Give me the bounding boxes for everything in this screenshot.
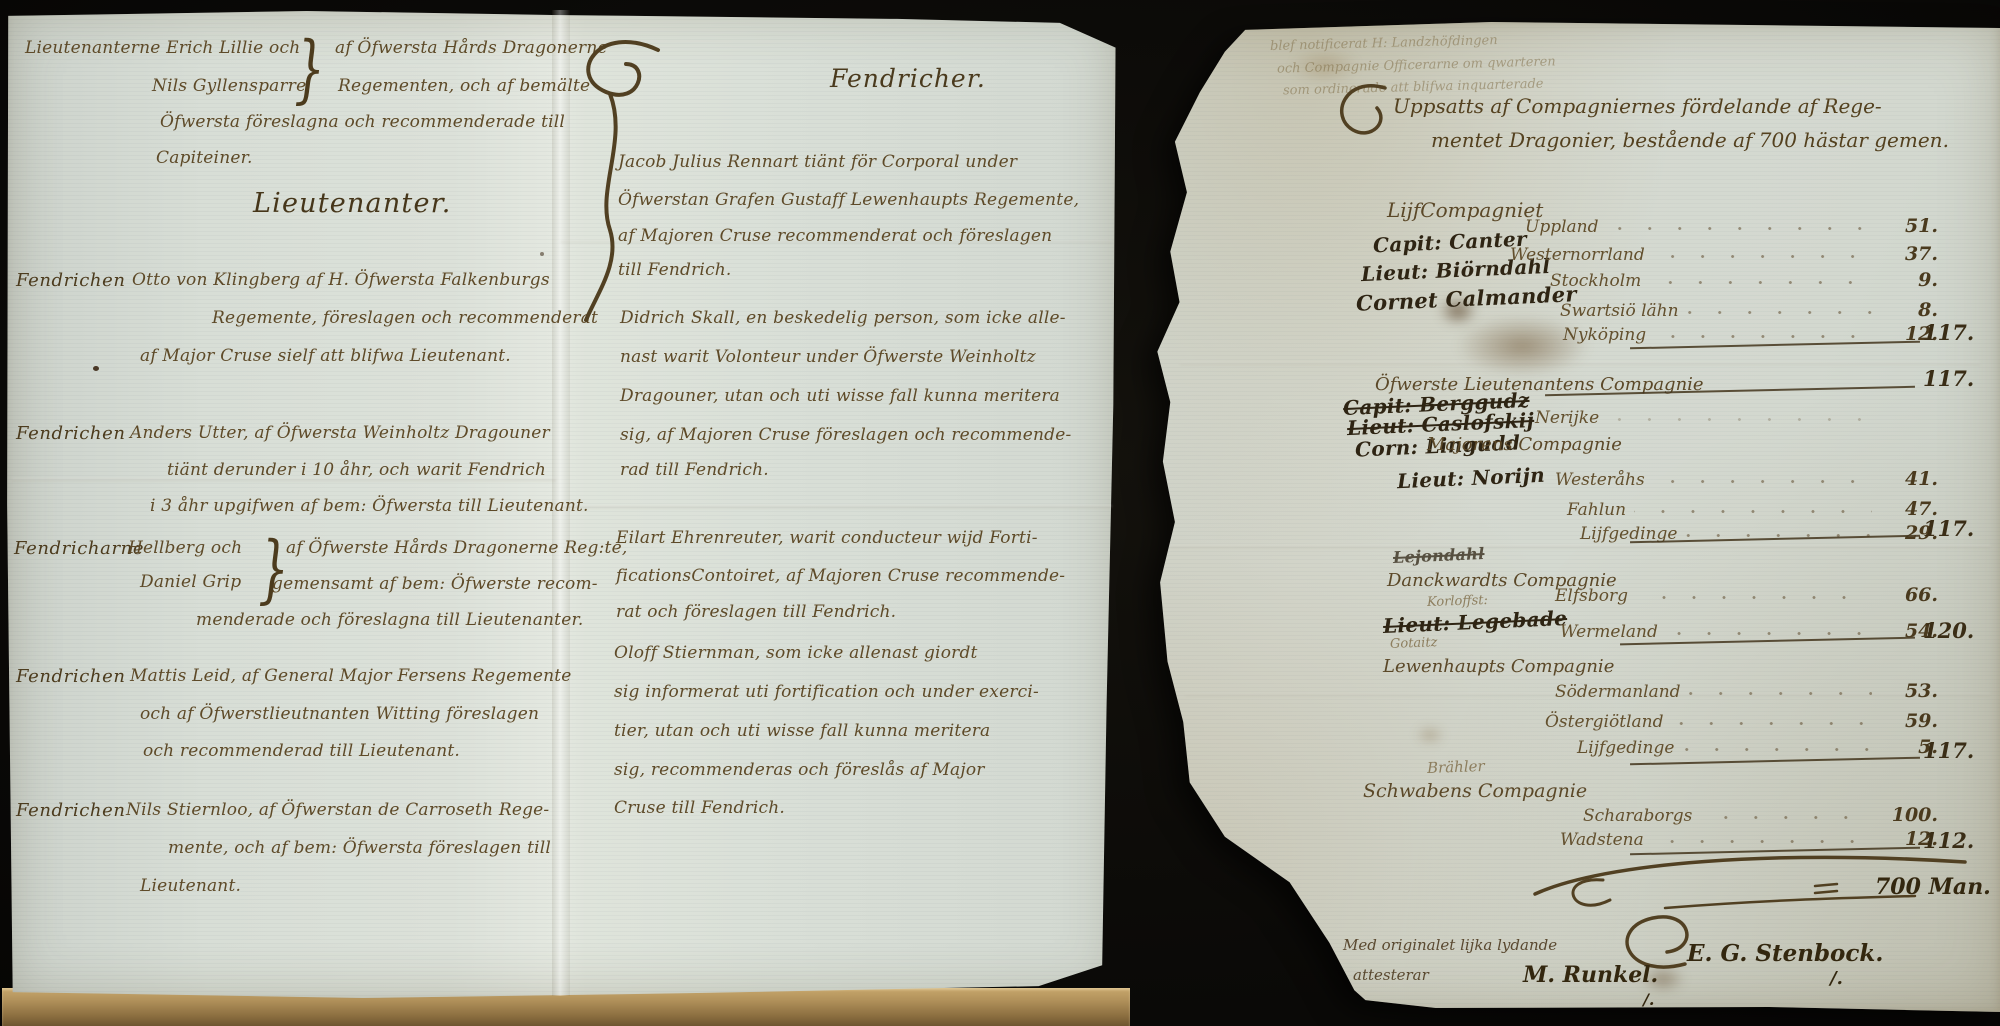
para-line: sig informerat uti fortification och und… bbox=[614, 682, 1039, 702]
dot-leader bbox=[1636, 593, 1872, 602]
subtotal-number: 117. bbox=[1923, 738, 1974, 763]
table-row: Nerijke bbox=[1505, 408, 1938, 428]
signature-stenbock: E. G. Stenbock. bbox=[1687, 940, 1883, 967]
dot-leader bbox=[1687, 308, 1872, 317]
table-row: Östergiötland59. bbox=[1505, 710, 1938, 732]
para-line: Cruse till Fendrich. bbox=[614, 798, 785, 818]
place-name: Södermanland bbox=[1555, 682, 1681, 702]
place-name: Westeråhs bbox=[1555, 470, 1645, 490]
place-name: Östergiötland bbox=[1545, 712, 1663, 732]
dot-leader bbox=[1607, 224, 1873, 233]
table-row: Elfsborg66. bbox=[1505, 584, 1938, 606]
dot-leader bbox=[1653, 252, 1872, 261]
place-name: Scharaborgs bbox=[1583, 806, 1692, 826]
dot-leader bbox=[1652, 837, 1872, 846]
quota-number: 8. bbox=[1880, 299, 1938, 321]
calligraphic-flourish bbox=[558, 30, 688, 330]
attest-line2: attesterar bbox=[1353, 966, 1429, 984]
right-page: blef notificerat H: Landzhöfdingen och C… bbox=[1075, 22, 2000, 1012]
place-name: Uppland bbox=[1525, 217, 1599, 237]
place-name: Stockholm bbox=[1550, 271, 1641, 291]
signature-mark: /. bbox=[1643, 990, 1654, 1009]
quota-number: 100. bbox=[1880, 804, 1938, 826]
place-name: Nyköping bbox=[1563, 325, 1646, 345]
officer-annotation: Korloffst: bbox=[1427, 593, 1488, 610]
quota-number: 51. bbox=[1880, 215, 1938, 237]
subtotal-number: 117. bbox=[1923, 516, 1974, 541]
dot-leader bbox=[1634, 507, 1872, 516]
dot-leader bbox=[1666, 629, 1872, 638]
para-line: sig, af Majoren Cruse föreslagen och rec… bbox=[620, 425, 1071, 445]
table-row: Lijfgedinge5. bbox=[1505, 736, 1938, 758]
place-name: Fahlun bbox=[1567, 500, 1626, 520]
dot-leader bbox=[1671, 719, 1872, 728]
place-name: Lijfgedinge bbox=[1577, 738, 1674, 758]
signature-runkel: M. Runkel. bbox=[1523, 962, 1658, 988]
para-line: nast warit Volonteur under Öfwerste Wein… bbox=[620, 347, 1036, 367]
subtotal-number: 117. bbox=[1923, 320, 1974, 345]
quota-number: 9. bbox=[1880, 269, 1938, 291]
place-name: Swartsiö lähn bbox=[1560, 301, 1679, 321]
officer-annotation: Brähler bbox=[1427, 757, 1485, 777]
para-line: Jacob Julius Rennart tiänt för Corporal … bbox=[618, 152, 1017, 172]
para-line: af Majoren Cruse recommenderat och föres… bbox=[618, 226, 1052, 246]
para-line: sig, recommenderas och föreslås af Major bbox=[614, 760, 985, 780]
table-row: Uppland51. bbox=[1505, 215, 1938, 237]
para-line: Öfwerstan Grafen Gustaff Lewenhaupts Reg… bbox=[618, 190, 1079, 210]
table-row: Swartsiö lähn8. bbox=[1505, 299, 1938, 321]
place-name: Wermeland bbox=[1560, 622, 1658, 642]
company-name: Lewenhaupts Compagnie bbox=[1383, 656, 1614, 677]
grand-total: 700 Man. bbox=[1875, 874, 1991, 900]
signature-mark: /. bbox=[1830, 968, 1843, 989]
officer-annotation: Gotaitz bbox=[1390, 635, 1438, 652]
para-line: Oloff Stiernman, som icke allenast giord… bbox=[614, 643, 978, 663]
officer-name-struck: Lejondahl bbox=[1393, 544, 1485, 567]
table-title-line1: Uppsatts af Compagniernes fördelande af … bbox=[1393, 94, 1882, 118]
table-row: Fahlun47. bbox=[1505, 498, 1938, 520]
quota-number: 41. bbox=[1880, 468, 1938, 490]
faded-annotation: blef notificerat H: Landzhöfdingen bbox=[1270, 33, 1498, 54]
para-line: rad till Fendrich. bbox=[620, 460, 769, 480]
table-row: Westernorrland37. bbox=[1505, 243, 1938, 265]
table-row: Södermanland53. bbox=[1505, 680, 1938, 702]
dot-leader bbox=[1682, 745, 1872, 754]
dot-leader bbox=[1700, 813, 1872, 822]
company-name: Schwabens Compagnie bbox=[1363, 780, 1587, 802]
place-name: Westernorrland bbox=[1510, 245, 1645, 265]
subtotal-number: 120. bbox=[1923, 618, 1974, 643]
para-line: rat och föreslagen till Fendrich. bbox=[616, 602, 896, 622]
para-line: tier, utan och uti wisse fall kunna meri… bbox=[614, 721, 990, 741]
dot-leader bbox=[1654, 332, 1872, 341]
faded-annotation: och Compagnie Officerarne om qwarteren bbox=[1277, 54, 1556, 76]
quota-number: 37. bbox=[1880, 243, 1938, 265]
manuscript-photo: Lieutenanterne Erich Lillie och af Öfwer… bbox=[0, 0, 2000, 1026]
dot-leader bbox=[1607, 415, 1872, 424]
middle-page: Fendricher. Jacob Julius Rennart tiänt f… bbox=[0, 0, 1120, 1010]
attest-line1: Med originalet lijka lydande bbox=[1343, 936, 1557, 954]
quota-number: 66. bbox=[1880, 584, 1938, 606]
company-name: Majorens Compagnie bbox=[1427, 434, 1622, 455]
section-heading-fendricher: Fendricher. bbox=[830, 64, 986, 93]
title-flourish bbox=[1327, 78, 1397, 142]
place-name: Nerijke bbox=[1535, 408, 1599, 428]
para-line: Dragouner, utan och uti wisse fall kunna… bbox=[620, 386, 1060, 406]
para-line: Didrich Skall, en beskedelig person, som… bbox=[620, 308, 1066, 328]
para-line: till Fendrich. bbox=[618, 260, 732, 280]
para-line: Eilart Ehrenreuter, warit conducteur wij… bbox=[616, 528, 1038, 548]
quota-number: 59. bbox=[1880, 710, 1938, 732]
table-row: Stockholm9. bbox=[1505, 269, 1938, 291]
para-line: ficationsContoiret, af Majoren Cruse rec… bbox=[616, 566, 1065, 586]
dot-leader bbox=[1649, 278, 1872, 287]
place-name: Elfsborg bbox=[1555, 586, 1628, 606]
table-row: Westeråhs41. bbox=[1505, 468, 1938, 490]
dot-leader bbox=[1653, 477, 1872, 486]
subtotal-number: 117. bbox=[1923, 366, 1974, 391]
quota-number: 53. bbox=[1880, 680, 1938, 702]
table-row: Scharaborgs100. bbox=[1505, 804, 1938, 826]
table-title-line2: mentet Dragonier, bestående af 700 hästa… bbox=[1431, 128, 1949, 152]
dot-leader bbox=[1689, 689, 1872, 698]
